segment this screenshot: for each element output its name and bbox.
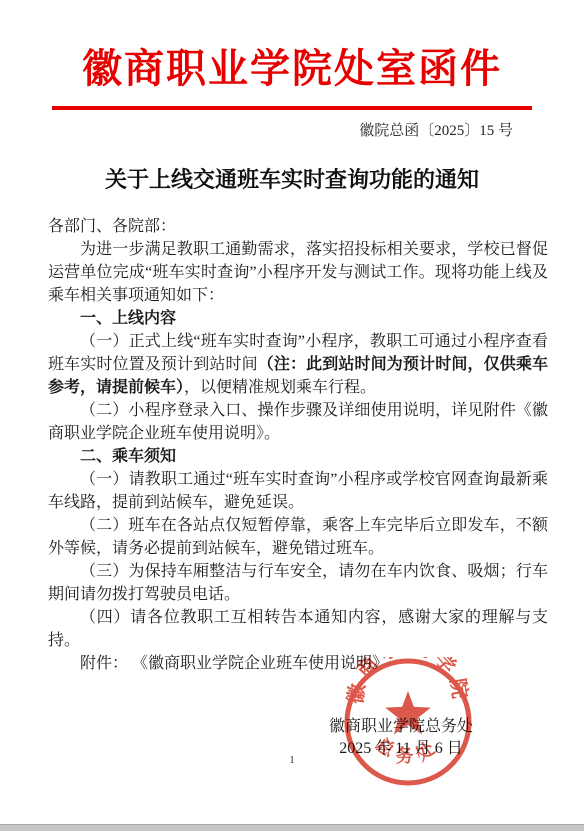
notice-title: 关于上线交通班车实时查询功能的通知 (0, 167, 584, 193)
salutation: 各部门、各院部： (48, 215, 548, 238)
section-1-heading: 一、上线内容 (48, 307, 548, 330)
intro-paragraph: 为进一步满足教职工通勤需求，落实招投标相关要求，学校已督促运营单位完成“班车实时… (48, 238, 548, 307)
document-number: 徽院总函〔2025〕15 号 (0, 122, 584, 140)
section-2-item-4: （四）请各位教职工互相转告本通知内容，感谢大家的理解与支持。 (48, 606, 548, 652)
section-1-item-1: （一）正式上线“班车实时查询”小程序，教职工可通过小程序查看班车实时位置及预计到… (48, 330, 548, 399)
letterhead-title: 徽商职业学院处室函件 (0, 0, 584, 92)
attachment-line: 附件： 《徽商职业学院企业班车使用说明》 (48, 652, 548, 675)
section-2-item-2: （二）班车在各站点仅短暂停靠，乘客上车完毕后立即发车，不额外等候，请务必提前到站… (48, 514, 548, 560)
page-number: 1 (0, 755, 584, 767)
notice-body: 各部门、各院部： 为进一步满足教职工通勤需求，落实招投标相关要求，学校已督促运营… (48, 215, 548, 675)
section-2-item-3: （三）为保持车厢整洁与行车安全，请勿在车内饮食、吸烟；行车期间请勿拨打驾驶员电话… (48, 560, 548, 606)
letterhead-divider-rule (52, 106, 532, 110)
section-1-item-1-post: ，以便精准规划乘车行程。 (184, 379, 376, 396)
section-2-heading: 二、乘车须知 (48, 445, 548, 468)
signature-signer: 徽商职业学院总务处 (329, 716, 473, 738)
section-1-item-2: （二）小程序登录入口、操作步骤及详细使用说明，详见附件《徽商职业学院企业班车使用… (48, 399, 548, 445)
document-page: 徽商职业学院处室函件 徽院总函〔2025〕15 号 关于上线交通班车实时查询功能… (0, 0, 584, 831)
signature-block: 徽商职业学院总务处 2025 年 11 月 6 日 (329, 716, 473, 760)
section-2-item-1: （一）请教职工通过“班车实时查询”小程序或学校官网查询最新乘车线路，提前到站候车… (48, 468, 548, 514)
page-bottom-edge (0, 824, 584, 831)
